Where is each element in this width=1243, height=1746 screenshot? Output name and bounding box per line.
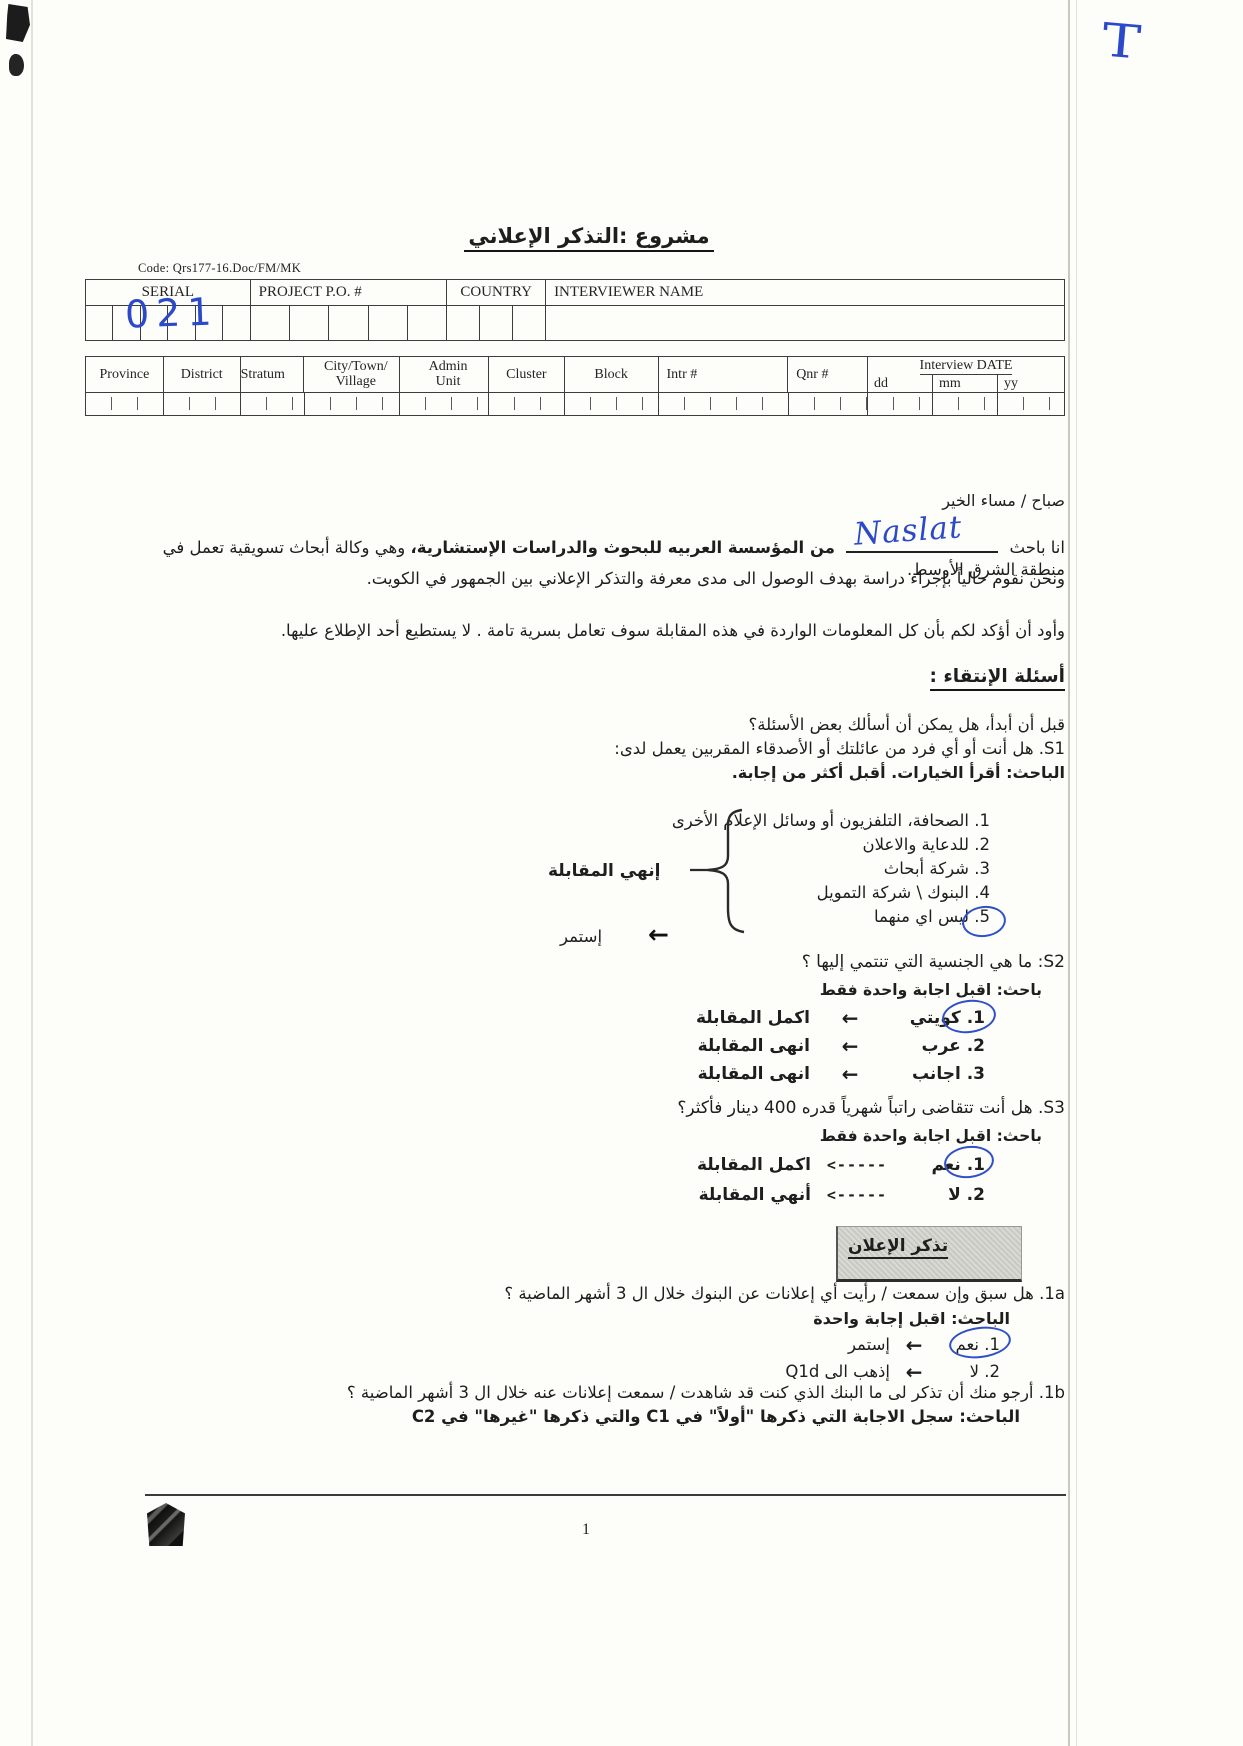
grouping-brace: [684, 806, 748, 940]
researcher-prefix: انا باحث: [1010, 538, 1065, 557]
question-s1-instruction: الباحث: أقرأ الخيارات. أقبل أكثر من إجاب…: [732, 762, 1065, 784]
question-s3-instruction: باحث: اقبل اجابة واحدة فقط: [820, 1126, 1042, 1147]
scan-blob-artifact: [6, 4, 30, 42]
left-arrow-icon: ←: [890, 1333, 938, 1357]
page-title: مشروع :التذكر الإعلاني: [0, 222, 1178, 250]
list-item: 3. اجانب ← انهى المقابلة: [696, 1060, 985, 1088]
col-country: COUNTRY: [447, 280, 546, 305]
left-arrow-icon: ←: [648, 920, 669, 949]
scan-edge-line: [1076, 0, 1077, 1746]
questionnaire-page: T مشروع :التذكر الإعلاني Code: Qrs177-16…: [0, 0, 1243, 1746]
scan-blob-artifact: [9, 54, 24, 76]
handwritten-researcher-name: Naslat: [853, 507, 964, 556]
page-fold-line: [31, 0, 33, 1746]
location-table: Province District Stratum City/Town/ Vil…: [85, 356, 1065, 416]
list-item: 2. عرب ← انهى المقابلة: [696, 1032, 985, 1060]
col-interviewer-name: INTERVIEWER NAME: [546, 280, 1064, 305]
continue-label: إستمر: [560, 926, 602, 948]
col-qnr: Qnr #: [788, 357, 868, 392]
col-stratum: Stratum: [241, 357, 305, 392]
header-table-entry-row: [85, 306, 1065, 341]
col-interview-date: Interview DATE dd mm yy: [868, 357, 1064, 392]
handwritten-serial-number: 021: [124, 289, 219, 336]
dashed-arrow-icon: <-----: [811, 1186, 903, 1204]
left-arrow-icon: ←: [810, 1034, 890, 1058]
study-purpose-line: ونحن نقوم حالياً بإجراء دراسة بهدف الوصو…: [367, 568, 1065, 590]
question-s3: S3. هل أنت تتقاضى راتباً شهرياً قدره 400…: [677, 1097, 1065, 1120]
company-logo-stamp: [147, 1503, 185, 1546]
col-city-town-village: City/Town/ Village: [304, 357, 400, 392]
code-line: Code: Qrs177-16.Doc/FM/MK: [138, 261, 301, 276]
question-s3-options: 1. نعم <----- اكمل المقابلة 2. لا <-----…: [697, 1150, 985, 1210]
ad-recall-section-header: تذكر الإعلان: [836, 1226, 1022, 1282]
handwritten-t-mark: T: [1100, 12, 1143, 69]
col-dd: dd: [868, 375, 933, 392]
organization-name: من المؤسسة العربيه للبحوث والدراسات الإس…: [410, 538, 835, 557]
left-arrow-icon: ←: [810, 1062, 890, 1086]
left-arrow-icon: ←: [810, 1006, 890, 1030]
researcher-name-blank: Naslat: [846, 531, 998, 553]
screening-lead-question: قبل أن أبدأ، هل يمكن أن أسألك بعض الأسئل…: [749, 714, 1065, 736]
col-admin-unit: Admin Unit: [400, 357, 489, 392]
terminate-interview-label: إنهي المقابلة: [548, 860, 660, 883]
question-1b: 1b. أرجو منك أن تذكر لى ما البنك الذي كن…: [347, 1382, 1065, 1404]
footer-rule: [145, 1494, 1066, 1496]
col-province: Province: [86, 357, 164, 392]
col-intr: Intr #: [659, 357, 789, 392]
col-block: Block: [565, 357, 659, 392]
question-s1: S1. هل أنت أو أي فرد من عائلتك أو الأصدق…: [614, 738, 1065, 760]
question-1b-instruction: الباحث: سجل الاجابة التي ذكرها "أولاً" ف…: [412, 1406, 1020, 1428]
col-yy: yy: [998, 375, 1064, 392]
list-item: 1. نعم <----- اكمل المقابلة: [697, 1150, 985, 1180]
left-arrow-icon: ←: [890, 1360, 938, 1384]
question-s2: S2: ما هي الجنسية التي تنتمي إليها ؟: [802, 951, 1065, 974]
page-number: 1: [582, 1521, 590, 1539]
question-1a: 1a. هل سبق وإن سمعت / رأيت أي إعلانات عن…: [504, 1283, 1065, 1305]
scan-edge-line: [1068, 0, 1070, 1746]
screening-section-heading: أسئلة الإنتقاء :: [930, 665, 1065, 690]
col-mm: mm: [933, 375, 998, 392]
list-item: 2. لا ← إذهب الى Q1d: [785, 1358, 1000, 1385]
col-district: District: [164, 357, 241, 392]
dashed-arrow-icon: <-----: [811, 1156, 903, 1174]
question-s2-instruction: باحث: اقبل اجابة واحدة فقط: [820, 980, 1042, 1001]
list-item: 2. لا <----- أنهي المقابلة: [697, 1180, 985, 1210]
col-cluster: Cluster: [489, 357, 565, 392]
header-table: SERIAL PROJECT P.O. # COUNTRY INTERVIEWE…: [85, 279, 1065, 341]
col-project-po: PROJECT P.O. #: [251, 280, 448, 305]
location-table-entry-row: [85, 393, 1065, 416]
confidentiality-line: وأود أن أؤكد لكم بأن كل المعلومات الوارد…: [281, 620, 1065, 642]
